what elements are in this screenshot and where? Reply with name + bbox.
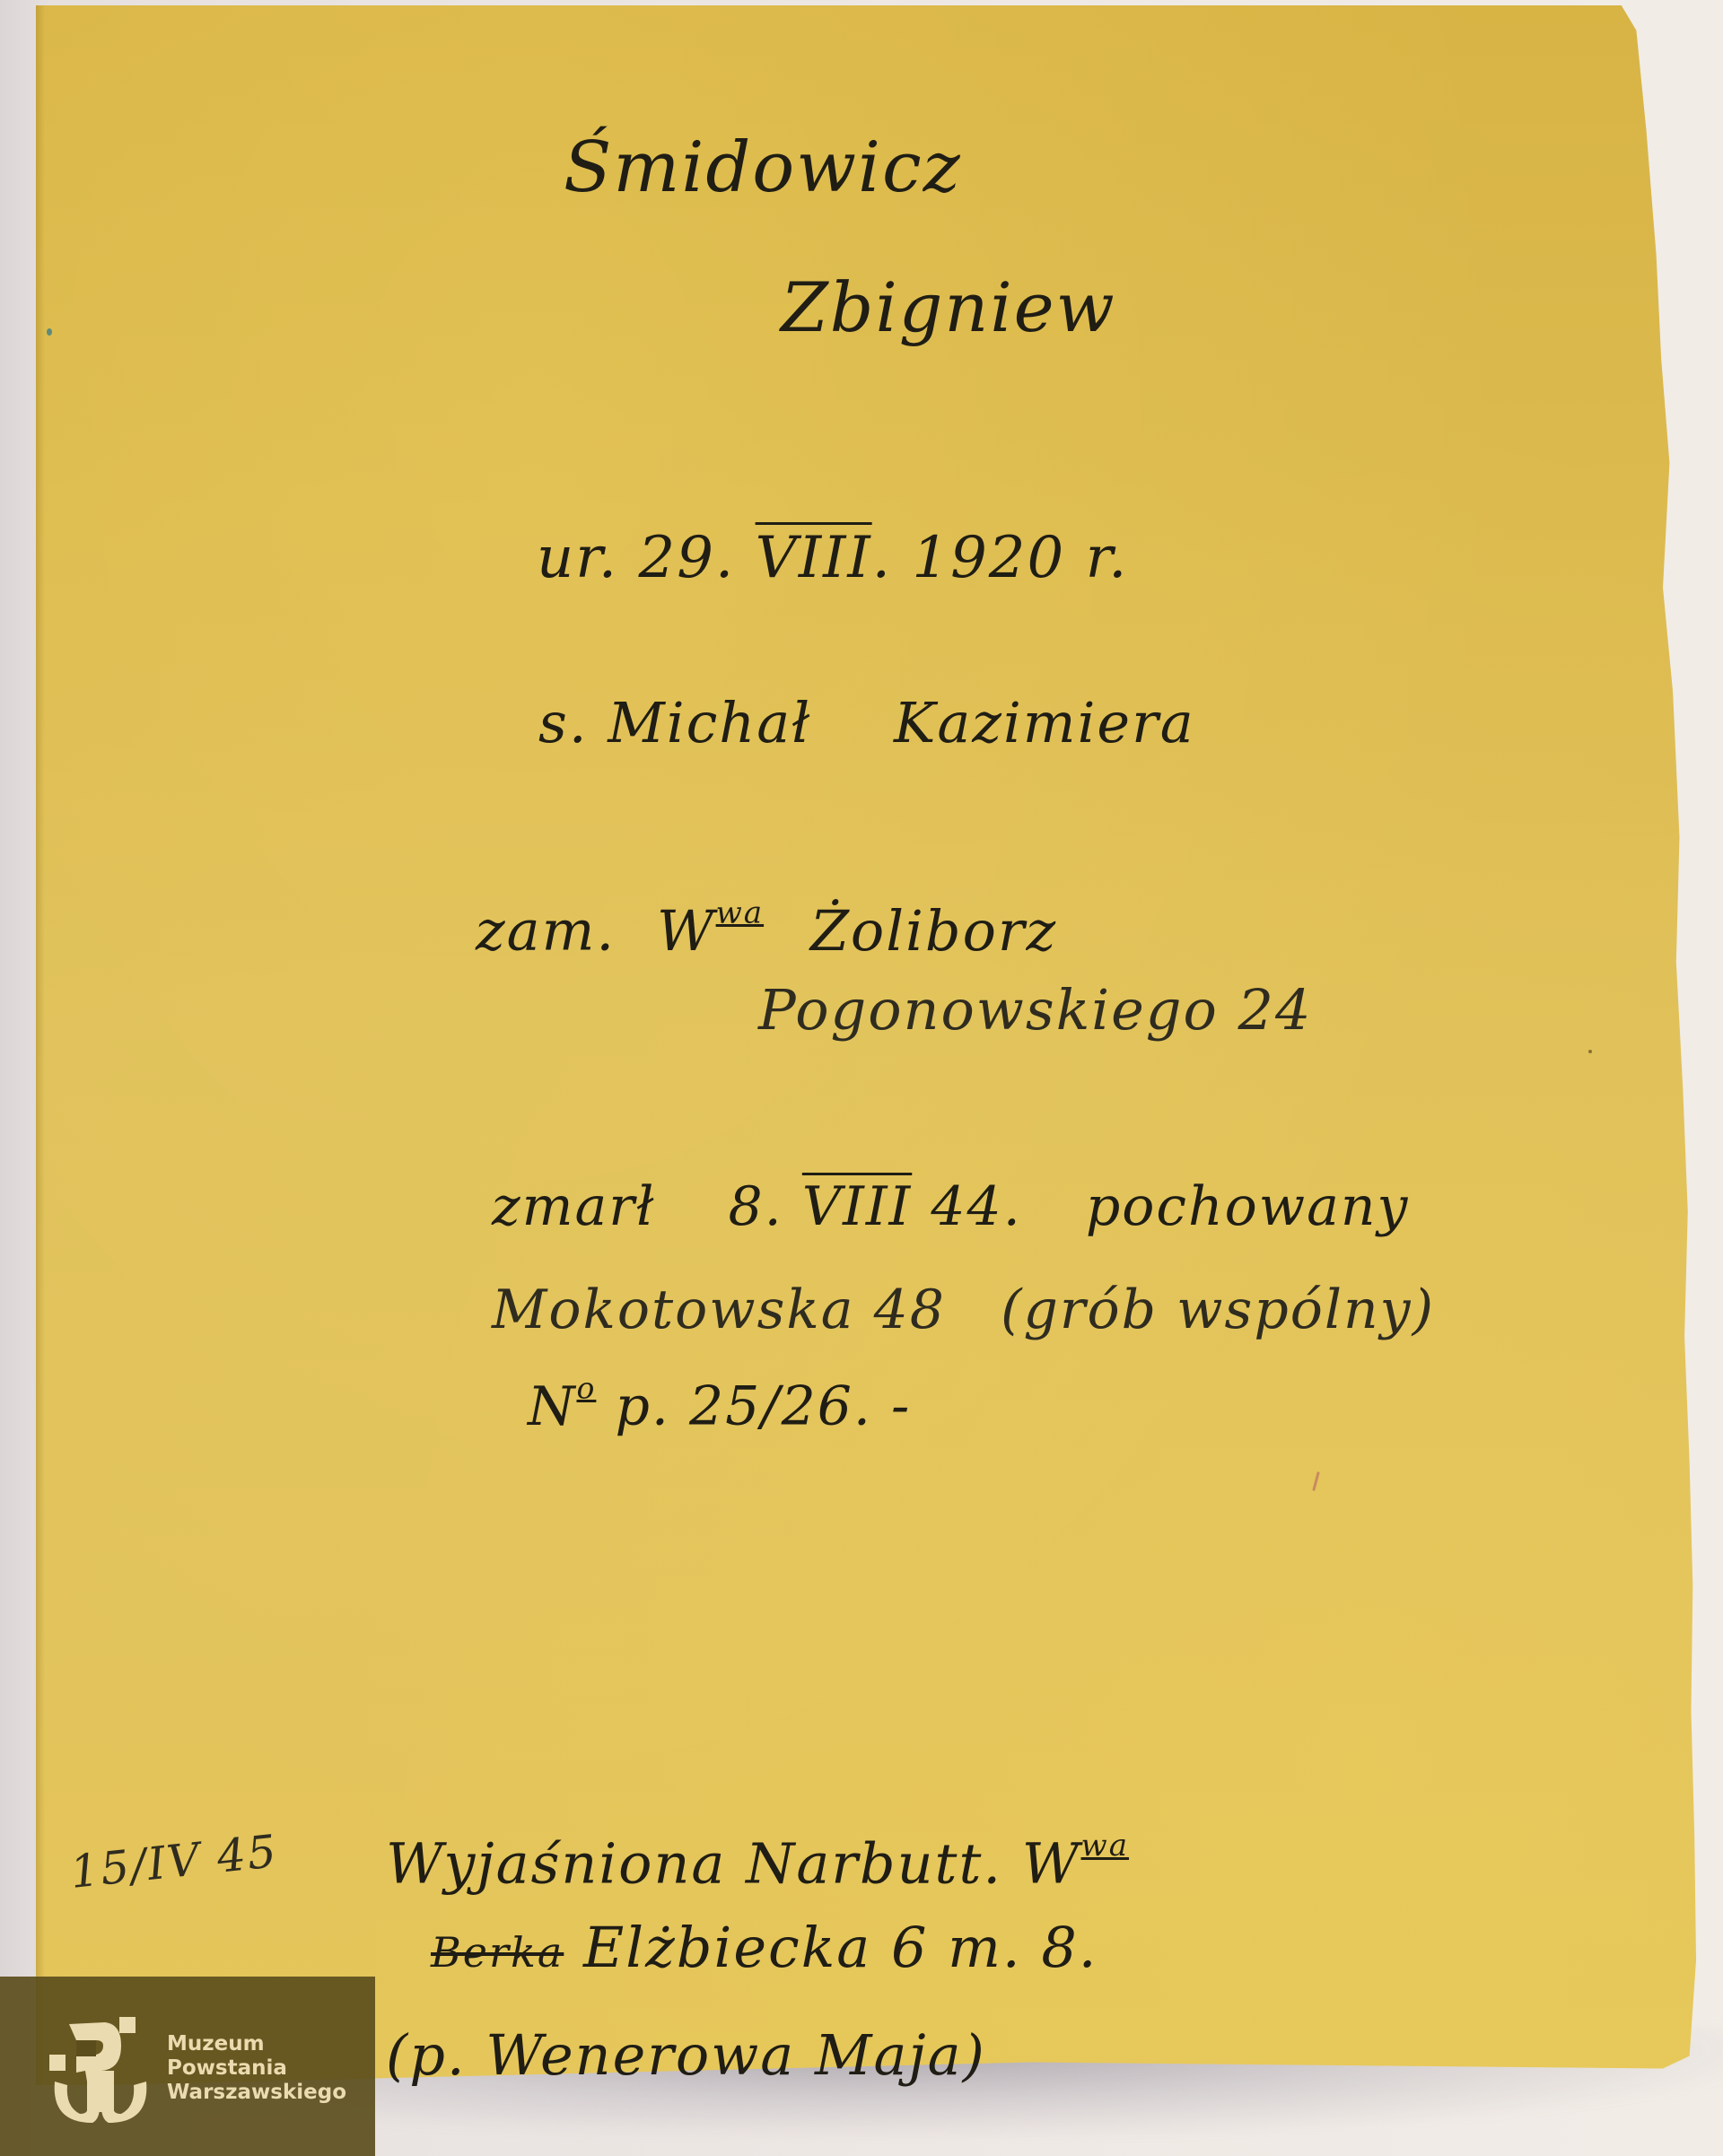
struck-word: Berka xyxy=(431,1928,564,1977)
surname: Śmidowicz xyxy=(564,133,962,203)
museum-name-line-3: Warszawskiego xyxy=(167,2081,346,2105)
museum-name: Muzeum Powstania Warszawskiego xyxy=(167,2032,346,2105)
museum-name-line-2: Powstania xyxy=(167,2056,346,2081)
birth-day: 29. xyxy=(638,525,735,591)
informant-line-3: (p. Wenerowa Maja) xyxy=(386,2028,986,2083)
residence-city: Wwa xyxy=(657,898,764,964)
father-name: Michał xyxy=(608,690,811,755)
paper-edge xyxy=(36,5,45,2085)
grave-number-prefix: No xyxy=(528,1375,596,1438)
museum-watermark: Muzeum Powstania Warszawskiego xyxy=(0,1977,375,2156)
burial-grave-note: (grób wspólny) xyxy=(1001,1279,1435,1341)
death-line: zmarł 8. VIII 44. pochowany xyxy=(492,1180,1409,1234)
burial-line: Mokotowska 48 (grób wspólny) xyxy=(492,1283,1435,1337)
parent-prefix: s. xyxy=(538,690,589,755)
birth-month: VIII xyxy=(756,525,872,591)
grave-number-line: No p. 25/26. - xyxy=(528,1373,911,1434)
residence-prefix: zam. xyxy=(476,898,616,964)
residence-line: zam. Wwa Żoliborz xyxy=(476,897,1057,959)
death-prefix: zmarł xyxy=(492,1175,655,1238)
grave-number: p. 25/26. - xyxy=(615,1375,911,1438)
death-year: 44. xyxy=(931,1175,1021,1238)
informant-line-2: Berka Elżbiecka 6 m. 8. xyxy=(431,1920,1098,1976)
birth-date-line: ur. 29. VIII. 1920 r. xyxy=(537,529,1128,587)
residence-street: Pogonowskiego 24 xyxy=(758,982,1312,1038)
birth-year: 1920 r. xyxy=(912,525,1128,591)
paper-speck xyxy=(47,328,52,336)
museum-name-line-1: Muzeum xyxy=(167,2032,346,2056)
death-day: 8. xyxy=(729,1175,783,1238)
residence-district: Żoliborz xyxy=(810,898,1057,964)
given-name: Zbigniew xyxy=(781,274,1116,342)
burial-note: pochowany xyxy=(1086,1175,1410,1238)
kotwica-anchor-icon xyxy=(49,2017,153,2125)
mother-name: Kazimiera xyxy=(894,690,1195,755)
paper-speck xyxy=(1588,1050,1592,1053)
informant-address: Elżbiecka 6 m. 8. xyxy=(583,1915,1098,1980)
birth-prefix: ur. xyxy=(537,525,618,591)
burial-street: Mokotowska 48 xyxy=(492,1279,946,1341)
informant-line-1: Wyjaśniona Narbutt. Wwa xyxy=(386,1830,1129,1892)
parents-line: s. Michał Kazimiera xyxy=(538,695,1195,751)
death-month: VIII xyxy=(802,1175,912,1238)
